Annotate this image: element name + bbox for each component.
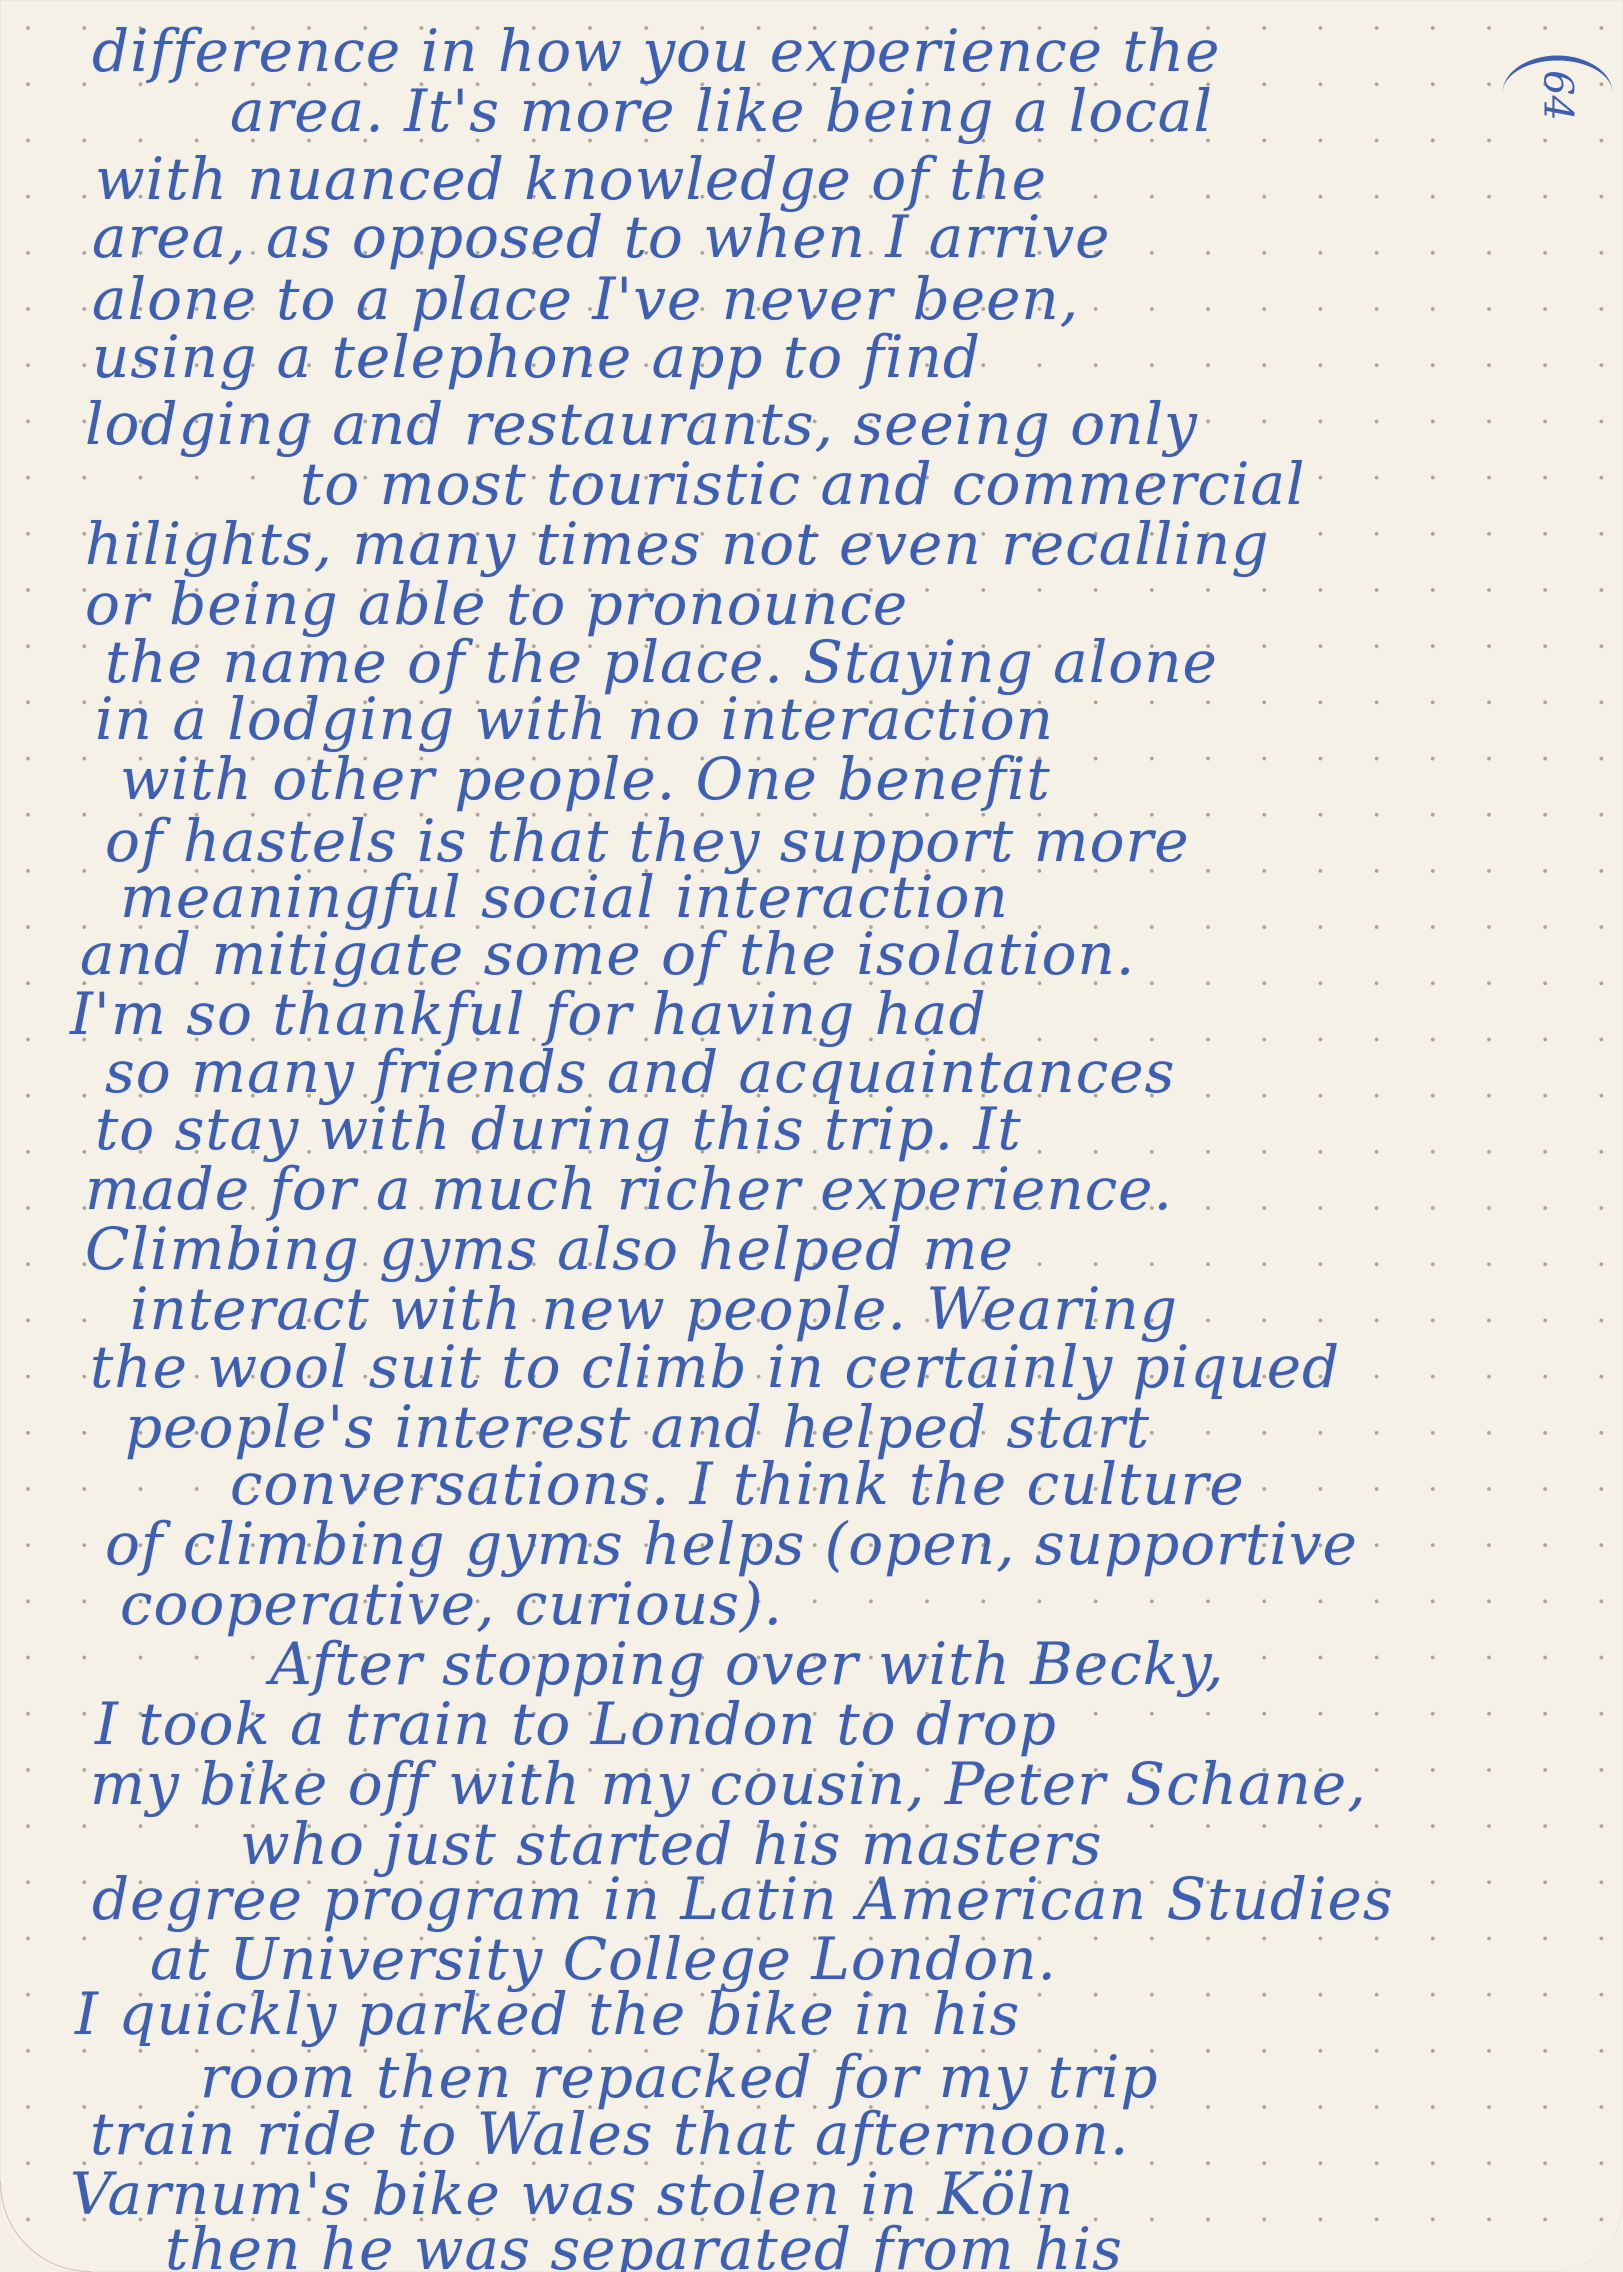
handwritten-line: alone to a place I've never been, (92, 270, 1079, 328)
handwritten-line: the wool suit to climb in certainly piqu… (90, 1338, 1340, 1396)
handwritten-line: Climbing gyms also helped me (85, 1220, 1014, 1278)
handwritten-line: in a lodging with no interaction (95, 690, 1054, 748)
handwritten-line: lodging and restaurants, seeing only (85, 395, 1198, 453)
handwritten-line: using a telephone app to find (92, 328, 981, 386)
handwritten-line: train ride to Wales that afternoon. (90, 2105, 1129, 2163)
handwritten-line: made for a much richer experience. (85, 1160, 1173, 1218)
handwritten-line: meaningful social interaction (120, 868, 1009, 926)
handwritten-line: or being able to pronounce (85, 575, 908, 633)
handwritten-line: I'm so thankful for having had (70, 985, 987, 1043)
handwritten-line: degree program in Latin American Studies (92, 1870, 1394, 1928)
handwritten-line: area. It's more like being a local (230, 82, 1213, 140)
handwritten-text: difference in how you experience thearea… (0, 0, 1623, 2272)
handwritten-line: conversations. I think the culture (230, 1455, 1245, 1513)
handwritten-line: so many friends and acquaintances (105, 1043, 1175, 1101)
handwritten-line: I quickly parked the bike in his (75, 1985, 1020, 2043)
handwritten-line: then he was separated from his (165, 2220, 1123, 2272)
handwritten-line: area, as opposed to when I arrive (92, 208, 1110, 266)
handwritten-line: I took a train to London to drop (95, 1695, 1057, 1753)
handwritten-line: of hastels is that they support more (105, 812, 1190, 870)
handwritten-line: difference in how you experience the (92, 22, 1220, 80)
handwritten-line: with other people. One benefit (120, 750, 1051, 808)
handwritten-line: to most touristic and commercial (300, 455, 1306, 513)
handwritten-line: with nuanced knowledge of the (95, 150, 1047, 208)
handwritten-line: room then repacked for my trip (200, 2048, 1159, 2106)
handwritten-line: hilights, many times not even recalling (85, 515, 1269, 573)
handwritten-line: interact with new people. Wearing (130, 1280, 1178, 1338)
notebook-page: 64 difference in how you experience thea… (0, 0, 1623, 2272)
handwritten-line: cooperative, curious). (120, 1575, 783, 1633)
handwritten-line: the name of the place. Staying alone (105, 633, 1218, 691)
handwritten-line: to stay with during this trip. It (95, 1100, 1022, 1158)
handwritten-line: my bike off with my cousin, Peter Schane… (90, 1755, 1367, 1813)
handwritten-line: of climbing gyms helps (open, supportive (105, 1515, 1358, 1573)
handwritten-line: people's interest and helped start (125, 1398, 1150, 1456)
handwritten-line: and mitigate some of the isolation. (80, 925, 1135, 983)
handwritten-line: After stopping over with Becky, (270, 1635, 1224, 1693)
